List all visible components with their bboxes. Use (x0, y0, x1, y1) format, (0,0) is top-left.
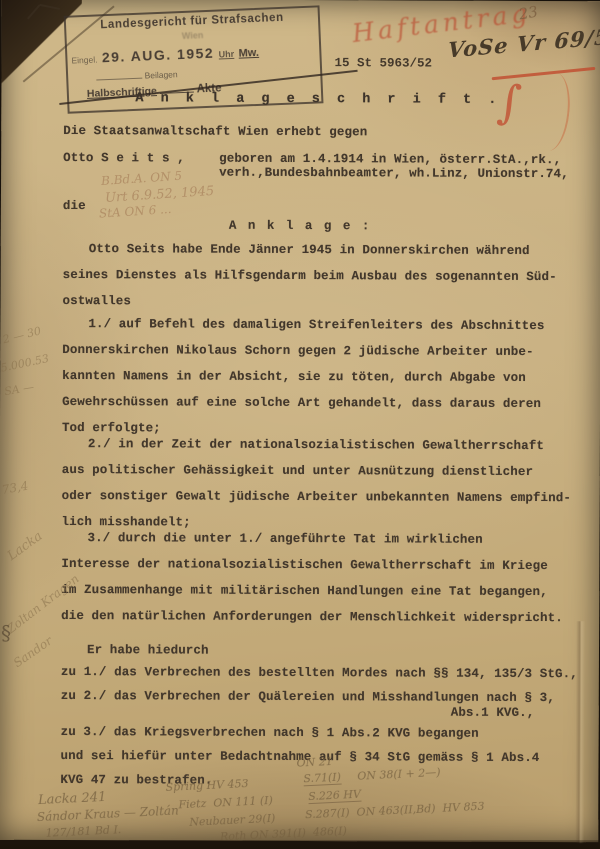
typed-case-reference: 15 St 5963/52 (335, 56, 433, 70)
charge-line-2b: Abs.1 KVG., (451, 706, 535, 720)
body-die: die (63, 199, 86, 213)
body-line: Donnerskirchen Nikolaus Schorn gegen 2 j… (62, 343, 533, 359)
stamp-received-date: 29. AUG. 1952 (102, 45, 215, 66)
body-intro: Die Staatsanwaltschaft Wien erhebt gegen (63, 124, 367, 139)
pencil-note: ON 21 (296, 755, 333, 770)
stamp-blank-line (96, 78, 142, 81)
stamp-received-label: Eingel. (71, 54, 97, 65)
body-line: im Zusammenhange mit militärischen Handl… (61, 583, 548, 599)
charge-line-3: zu 3./ das Kriegsverbrechen nach § 1 Abs… (61, 725, 479, 741)
body-line: Otto Seits habe Ende Jänner 1945 in Donn… (89, 242, 530, 258)
red-arc-mark (537, 72, 573, 153)
stamp-mw-label: Mw. (238, 47, 259, 60)
margin-scribble: 2 — 30 (1, 324, 42, 346)
anklage-heading: A n k l a g e : (229, 219, 372, 234)
body-line: Tod erfolgte; (62, 421, 161, 435)
pencil-note: Fietz ON 111 (I) (178, 794, 273, 812)
stamp-uhr-label: Uhr (218, 49, 234, 60)
margin-scribble: SA — (3, 380, 35, 398)
charge-line-1: zu 1./ das Verbrechen des bestellten Mor… (61, 665, 578, 681)
photo-bottom-edge (0, 840, 600, 849)
pencil-check-mark (26, 0, 66, 21)
body-er-habe: Er habe hiedurch (87, 643, 209, 658)
margin-scribble: Sandor (11, 634, 55, 670)
body-line: die den natürlichen Anforderungen der Me… (61, 609, 563, 625)
pencil-note: ON 38(I + 2—) (357, 766, 441, 783)
stamp-beilagen-label: Beilagen (144, 69, 177, 80)
defendant-details-line: verh.,Bundesbahnbeamter, wh.Linz, Unions… (219, 166, 569, 182)
charge-line-2: zu 2./ das Verbrechen der Quälereien und… (61, 689, 555, 705)
pencil-annotation: B.Bd.A. ON 5 (101, 169, 183, 188)
paper-crease (575, 621, 585, 843)
pencil-note: Spring HV 453 (165, 777, 249, 794)
body-line: Interesse der nationalsozialistischen Ge… (61, 557, 548, 573)
margin-scribble: 73,4 (1, 479, 30, 497)
margin-scribble: 5.000.53 (0, 352, 50, 375)
margin-section-sign: § (1, 621, 11, 645)
pencil-note: 127/181 Bd I. (45, 823, 121, 840)
margin-scribble: Lacka (5, 529, 46, 564)
body-line: kannten Namens in der Absicht, sie zu tö… (62, 369, 526, 385)
pencil-note: S.226 HV (308, 788, 361, 805)
body-line: seines Dienstes als Hilfsgendarm beim Au… (63, 268, 557, 284)
document-title: A n k l a g e s c h r i f t . (135, 91, 501, 108)
pencil-note: Neubauer 29(I) (189, 812, 276, 829)
pencil-note: Lacka 241 (38, 790, 107, 808)
margin-scribble: Zoltan Kragen (4, 572, 82, 637)
stamp-beilagen-row: Beilagen (96, 69, 178, 82)
body-line: aus politischer Gehässigkeit und unter A… (62, 463, 533, 479)
pencil-note: S.71(I) (303, 771, 341, 787)
body-line: Gewehrschüssen auf eine solche Art gehan… (62, 395, 541, 411)
body-line: ostwalles (62, 294, 130, 308)
body-line: lich misshandelt; (62, 515, 191, 530)
folio-number: 23 (517, 3, 539, 24)
defendant-name: Otto S e i t s , (63, 151, 185, 166)
scanned-document-photo: { "page": { "title": "A n k l a g e s c … (0, 0, 600, 849)
document-page: Landesgericht für Strafsachen Wien Einge… (0, 0, 600, 842)
body-line: 1./ auf Befehl des damaligen Streifenlei… (88, 317, 544, 333)
stamp-date-row: Eingel. 29. AUG. 1952 Uhr Mw. (71, 40, 324, 68)
defendant-details-line: geboren am 1.4.1914 in Wien, österr.StA.… (219, 152, 561, 167)
body-line: 3./ durch die unter 1./ angeführte Tat i… (87, 531, 482, 547)
body-line: oder sonstiger Gewalt jüdische Arbeiter … (62, 489, 571, 505)
body-line: 2./ in der Zeit der nationalsozialistisc… (88, 437, 544, 453)
